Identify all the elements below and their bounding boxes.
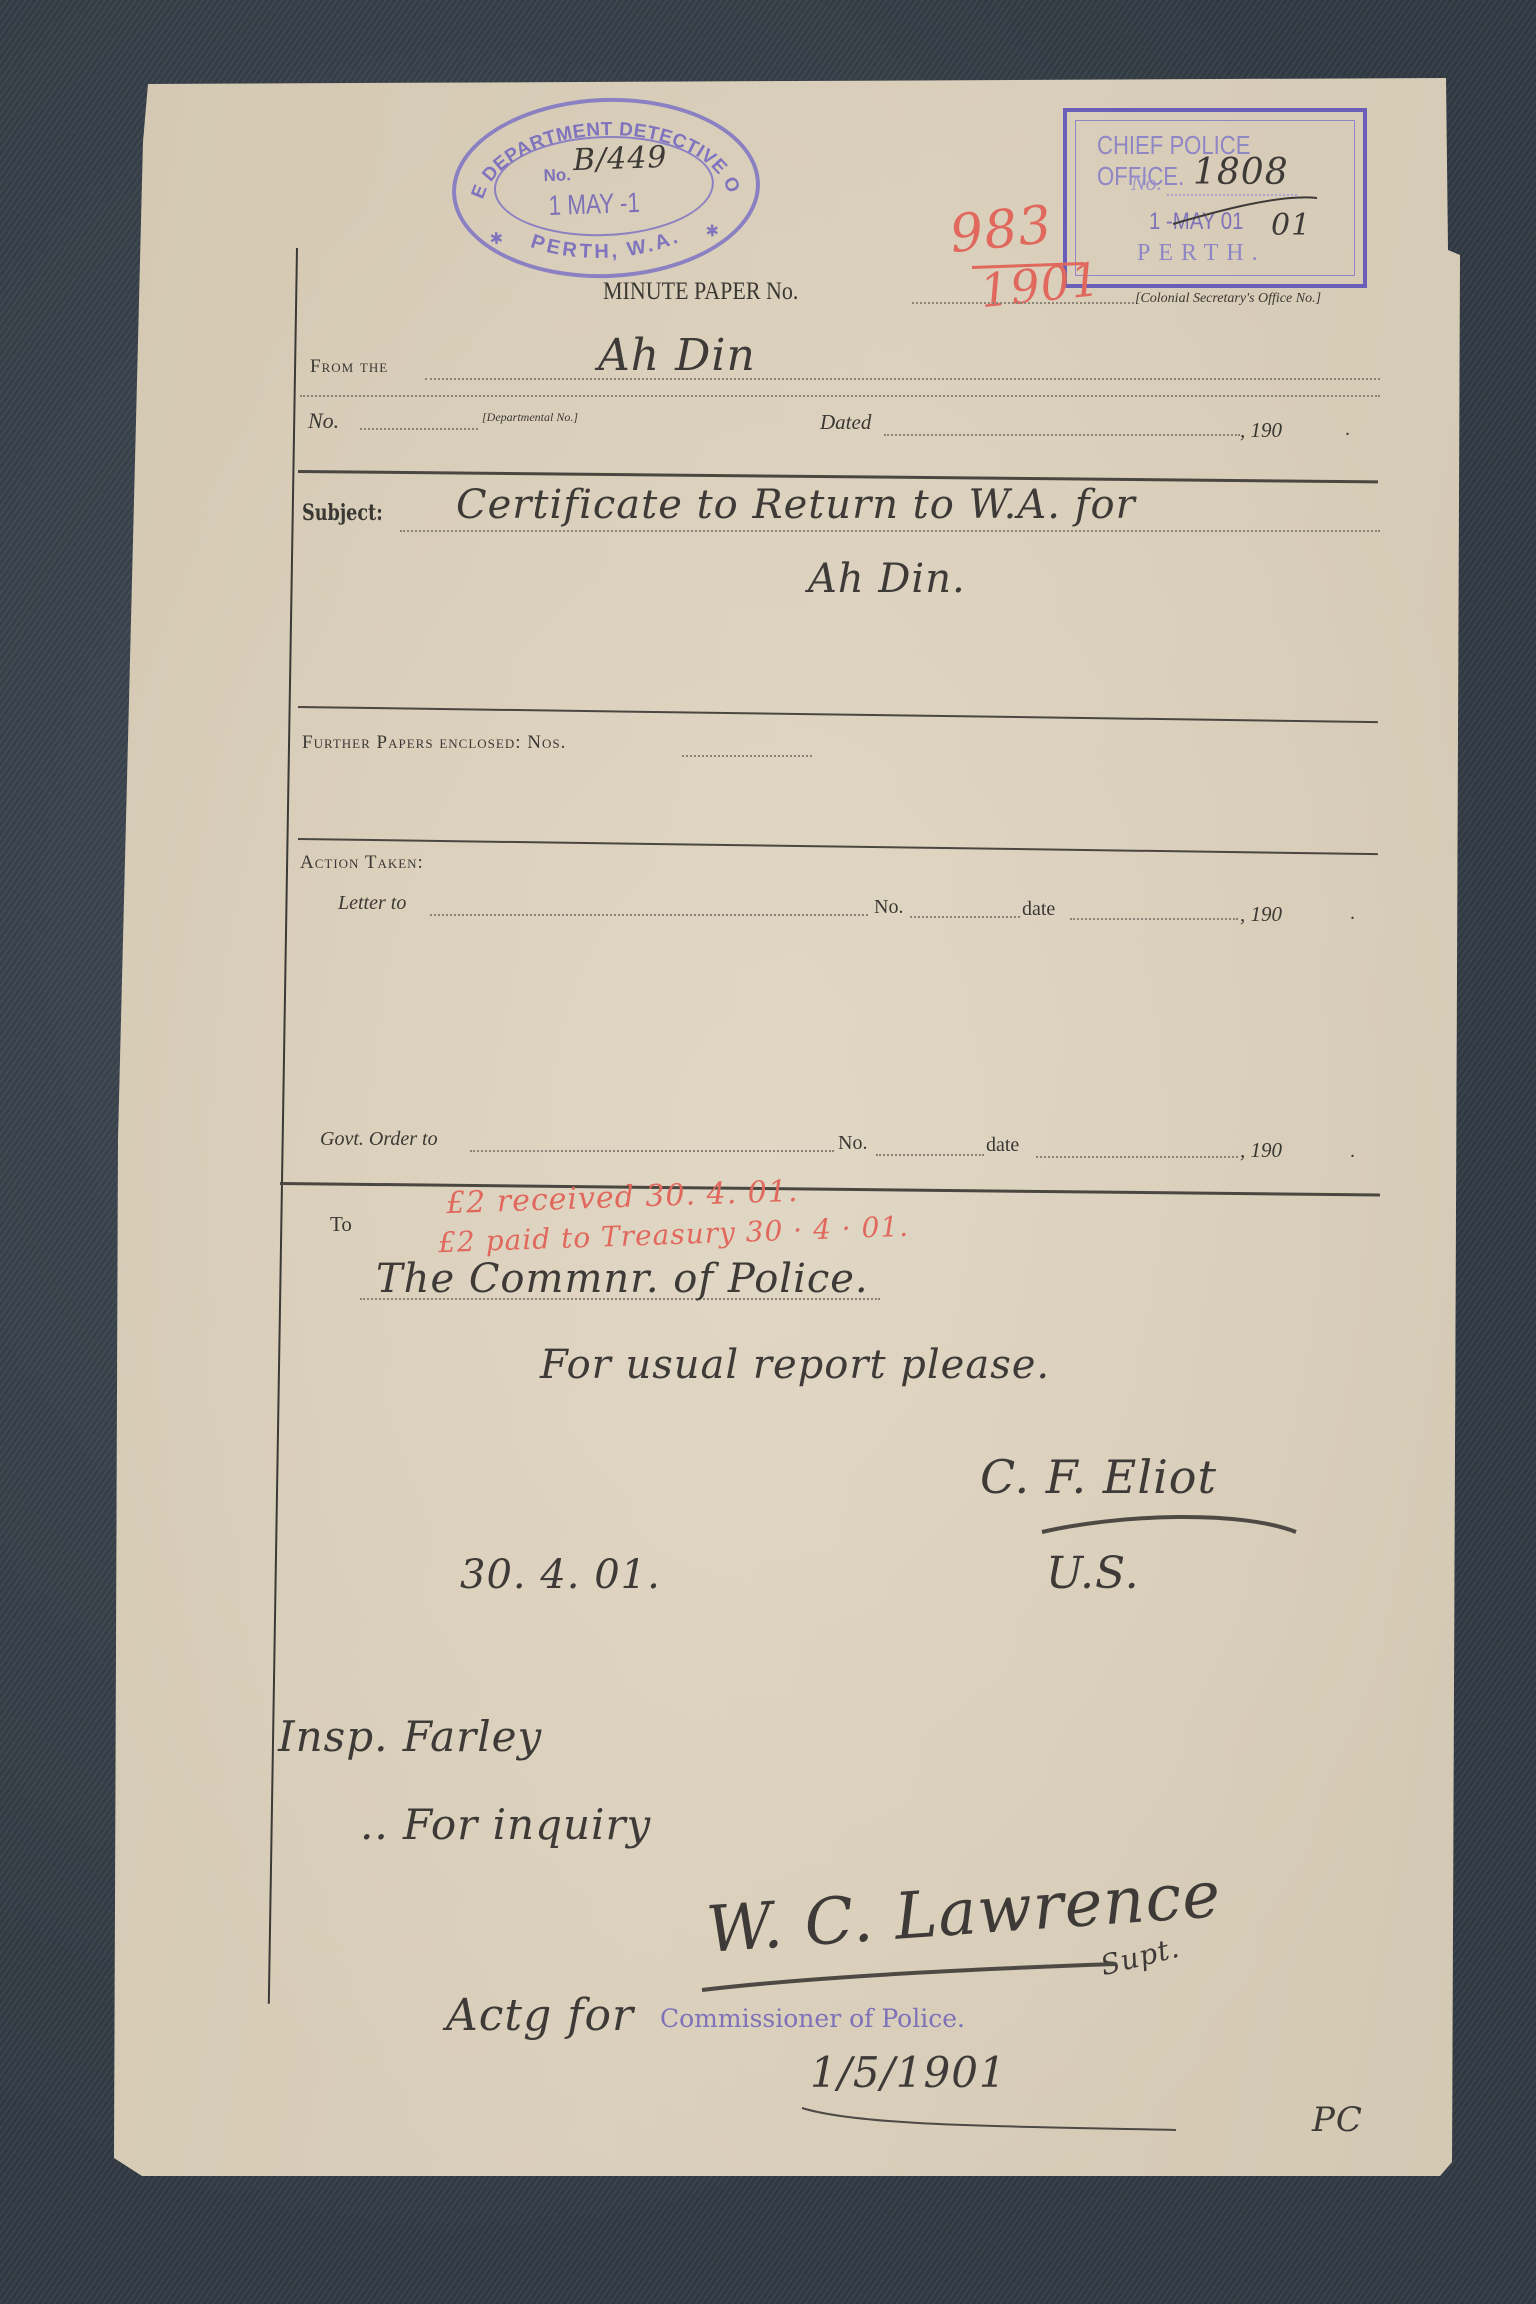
action-taken-label: Action Taken: — [300, 852, 424, 874]
further-papers-label: Further Papers enclosed: Nos. — [302, 732, 566, 754]
minute-date-1: 30. 4. 01. — [460, 1552, 661, 1598]
instruction-for-inquiry: .. For inquiry — [360, 1800, 651, 1849]
instruction-usual-report: For usual report please. — [540, 1342, 1050, 1388]
letter-to-label: Letter to — [338, 892, 406, 915]
subject-line-1: Certificate to Return to W.A. for — [456, 482, 1136, 528]
rect-stamp-strike — [1171, 190, 1321, 230]
acting-for-prefix: Actg for — [446, 1990, 634, 2041]
addressee-commissioner: The Commnr. of Police. — [376, 1256, 869, 1302]
chief-police-office-stamp: CHIEF POLICE OFFICE. No. 1808 1 -MAY 01 … — [1063, 108, 1367, 288]
govt-order-to-label: Govt. Order to — [320, 1128, 438, 1151]
addressee-insp-farley: Insp. Farley — [278, 1712, 542, 1761]
rect-stamp-no-label: No. — [1131, 170, 1162, 196]
oval-stamp-no-value: B/449 — [572, 140, 668, 178]
corner-initials: PC — [1312, 2100, 1363, 2140]
svg-text:✱: ✱ — [489, 231, 503, 248]
oval-stamp-date: 1 MAY -1 — [548, 187, 640, 222]
signature-eliot: C. F. Eliot — [980, 1450, 1217, 1504]
year-suffix: , 190 — [1240, 418, 1282, 443]
minute-date-2: 1/5/1901 — [810, 2048, 1007, 2097]
letter-date-label: date — [1022, 898, 1055, 921]
colonial-secretary-note: [Colonial Secretary's Office No.] — [1135, 291, 1321, 307]
to-label: To — [330, 1212, 352, 1237]
letter-no-label: No. — [874, 896, 903, 919]
commissioner-of-police-stamp: Commissioner of Police. — [660, 2004, 965, 2033]
detective-office-oval-stamp: POLICE DEPARTMENT DETECTIVE OFFICE PERTH… — [449, 93, 763, 284]
section-rule-3 — [298, 838, 1378, 855]
subject-line-2: Ah Din. — [808, 556, 966, 602]
red-register-number-top: 983 — [947, 195, 1055, 265]
minute-paper-sheet: POLICE DEPARTMENT DETECTIVE OFFICE PERTH… — [0, 0, 1536, 2304]
svg-text:✱: ✱ — [705, 223, 719, 240]
oval-stamp-no-label: No. — [543, 165, 571, 186]
red-register-number-bottom: 1901 — [978, 252, 1104, 318]
govt-order-no-label: No. — [838, 1132, 867, 1155]
red-note-received: £2 received 30. 4. 01. — [445, 1174, 799, 1221]
oval-stamp-ring-text: POLICE DEPARTMENT DETECTIVE OFFICE PERTH… — [449, 93, 755, 275]
signature-underline — [1040, 1510, 1300, 1540]
departmental-no-note: [Departmental No.] — [482, 410, 578, 425]
lawrence-underline — [700, 1958, 1120, 1998]
rect-stamp-city: PERTH. — [1137, 240, 1266, 267]
no-label: No. — [308, 408, 339, 434]
subject-label: Subject: — [302, 500, 383, 526]
date-flourish — [800, 2096, 1180, 2136]
section-rule-2 — [298, 706, 1378, 723]
govt-order-date-label: date — [986, 1134, 1019, 1157]
minute-paper-title: MINUTE PAPER No. — [603, 278, 798, 306]
from-label: From the — [310, 356, 388, 378]
dated-label: Dated — [820, 410, 871, 435]
rect-stamp-no-value: 1808 — [1193, 152, 1289, 193]
svg-text:PERTH, W.A.: PERTH, W.A. — [527, 225, 683, 265]
from-value: Ah Din — [598, 330, 756, 381]
signature-title-us: U.S. — [1046, 1548, 1140, 1599]
